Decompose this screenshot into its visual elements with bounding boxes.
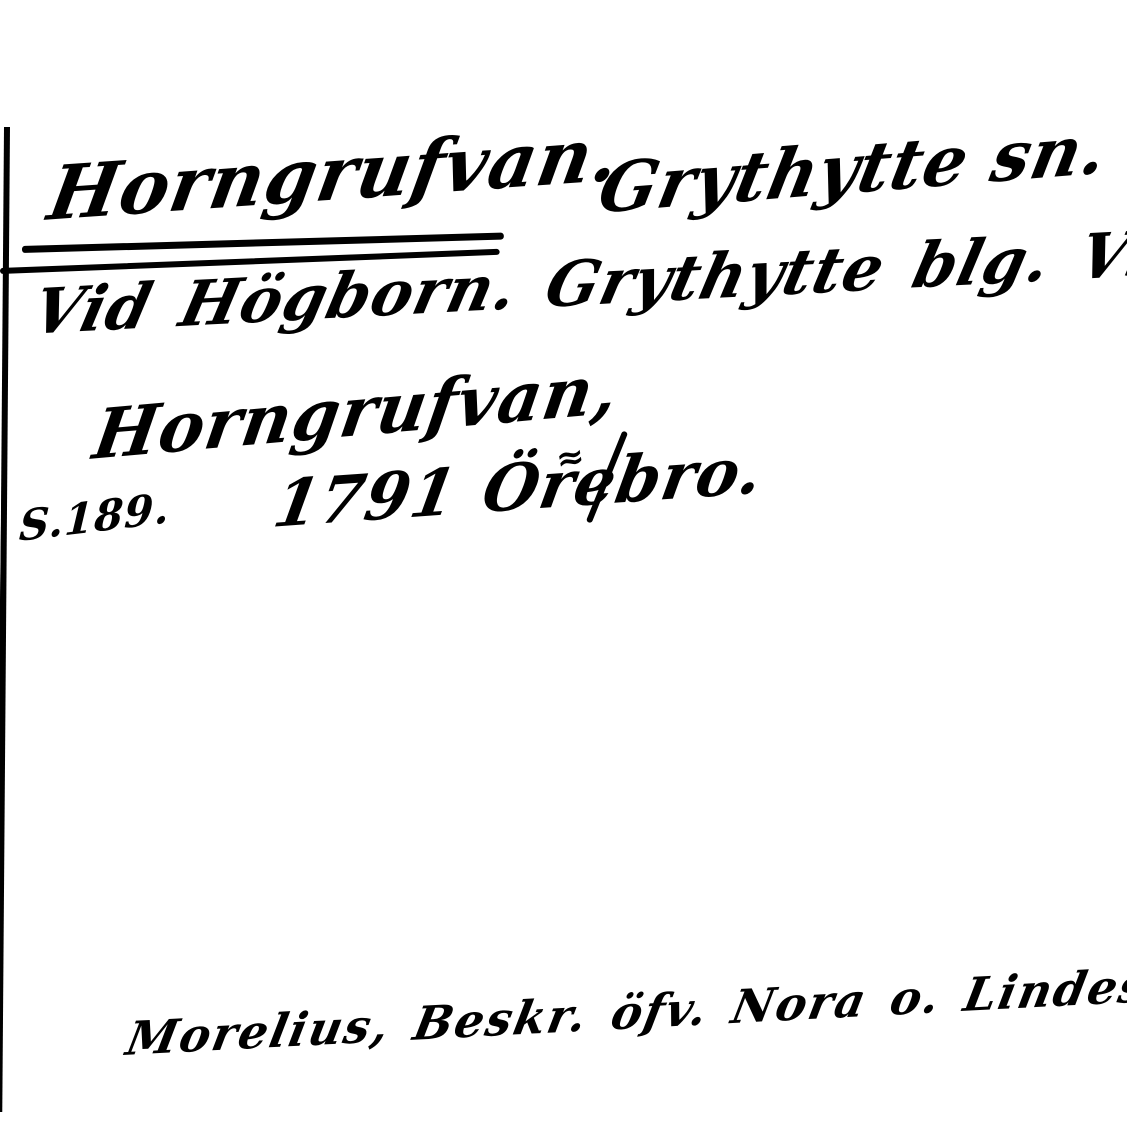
archival-card: Horngrufvan. Grythytte sn. Vid Högborn. … (0, 0, 1127, 1125)
source-citation: Morelius, Beskr. öfv. Nora o. Lindes blg… (122, 951, 1127, 1066)
title-underline-top (22, 233, 504, 253)
district-label: Grythytte sn. (592, 109, 1115, 230)
page-reference: S.189. (18, 483, 171, 551)
left-margin-rule (0, 127, 10, 1112)
location-line: Vid Högborn. Grythytte blg. Vst. (26, 213, 1127, 349)
card-title: Horngrufvan. (42, 111, 627, 238)
